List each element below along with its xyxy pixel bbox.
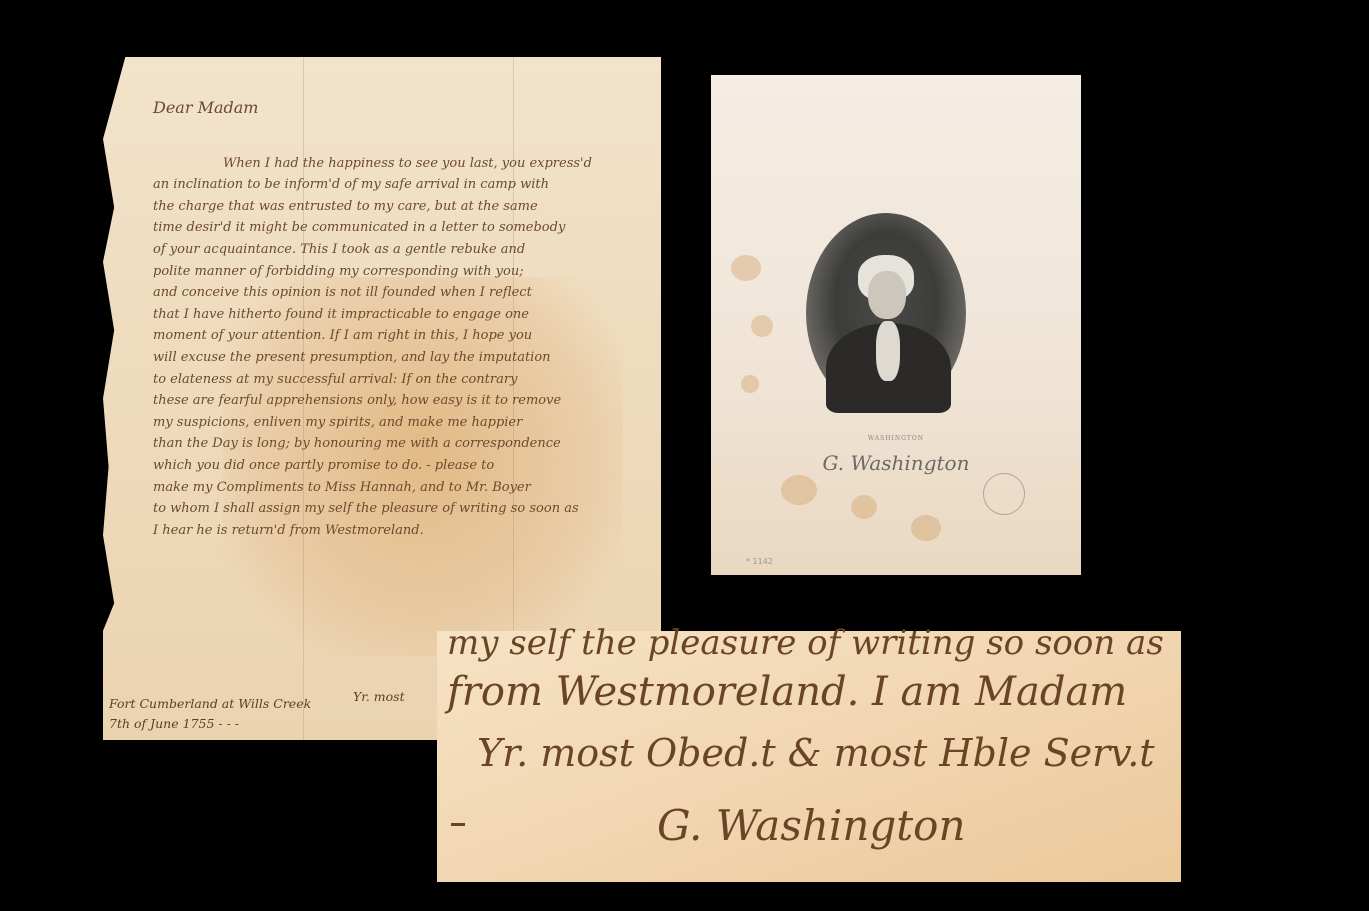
letter-line: and conceive this opinion is not ill fou…	[153, 282, 649, 304]
letter-line: these are fearful apprehensions only, ho…	[153, 390, 649, 412]
foxing-stain	[731, 255, 761, 281]
face	[868, 271, 906, 319]
salutation: Dear Madam	[153, 97, 649, 119]
letter-text: Dear Madam When I had the happiness to s…	[153, 97, 649, 541]
pencil-note: * 1142	[746, 557, 773, 566]
closing-fragment: Yr. most	[353, 689, 405, 704]
letter-line: which you did once partly promise to do.…	[153, 455, 649, 477]
closing-line: from Westmoreland. I am Madam	[447, 669, 1127, 715]
letter-line: I hear he is return'd from Westmoreland.	[153, 520, 649, 542]
collection-stamp	[983, 473, 1025, 515]
dateline-date: 7th of June 1755 - - -	[109, 714, 311, 734]
letter-line: than the Day is long; by honouring me wi…	[153, 433, 649, 455]
letter-line: that I have hitherto found it impractica…	[153, 304, 649, 326]
dateline: Fort Cumberland at Wills Creek 7th of Ju…	[109, 694, 311, 734]
engraved-signature: G. Washington	[711, 451, 1081, 475]
signature: G. Washington	[657, 801, 966, 850]
foxing-stain	[751, 315, 773, 337]
foxing-stain	[741, 375, 759, 393]
closing-line: Yr. most Obed.t & most Hble Serv.t	[477, 731, 1155, 775]
foxing-stain	[781, 475, 817, 505]
dateline-place: Fort Cumberland at Wills Creek	[109, 694, 311, 714]
letter-line: polite manner of forbidding my correspon…	[153, 261, 649, 283]
cravat	[876, 321, 900, 381]
letter-line: When I had the happiness to see you last…	[153, 153, 649, 175]
letter-line: time desir'd it might be communicated in…	[153, 217, 649, 239]
letter-line: will excuse the present presumption, and…	[153, 347, 649, 369]
letter-line: to whom I shall assign my self the pleas…	[153, 498, 649, 520]
letter-line: to elateness at my successful arrival: I…	[153, 369, 649, 391]
letter-line: make my Compliments to Miss Hannah, and …	[153, 477, 649, 499]
dash-mark	[451, 823, 465, 826]
letter-line: an inclination to be inform'd of my safe…	[153, 174, 649, 196]
signature-detail: my self the pleasure of writing so soon …	[437, 631, 1181, 882]
portrait-oval	[806, 213, 966, 413]
letter-line: of your acquaintance. This I took as a g…	[153, 239, 649, 261]
engraving-caption: WASHINGTON	[711, 435, 1081, 442]
closing-line: my self the pleasure of writing so soon …	[447, 623, 1164, 663]
foxing-stain	[851, 495, 877, 519]
portrait-engraving: WASHINGTON G. Washington * 1142	[711, 75, 1081, 575]
letter-line: moment of your attention. If I am right …	[153, 325, 649, 347]
foxing-stain	[911, 515, 941, 541]
letter-line: my suspicions, enliven my spirits, and m…	[153, 412, 649, 434]
letter-line: the charge that was entrusted to my care…	[153, 196, 649, 218]
